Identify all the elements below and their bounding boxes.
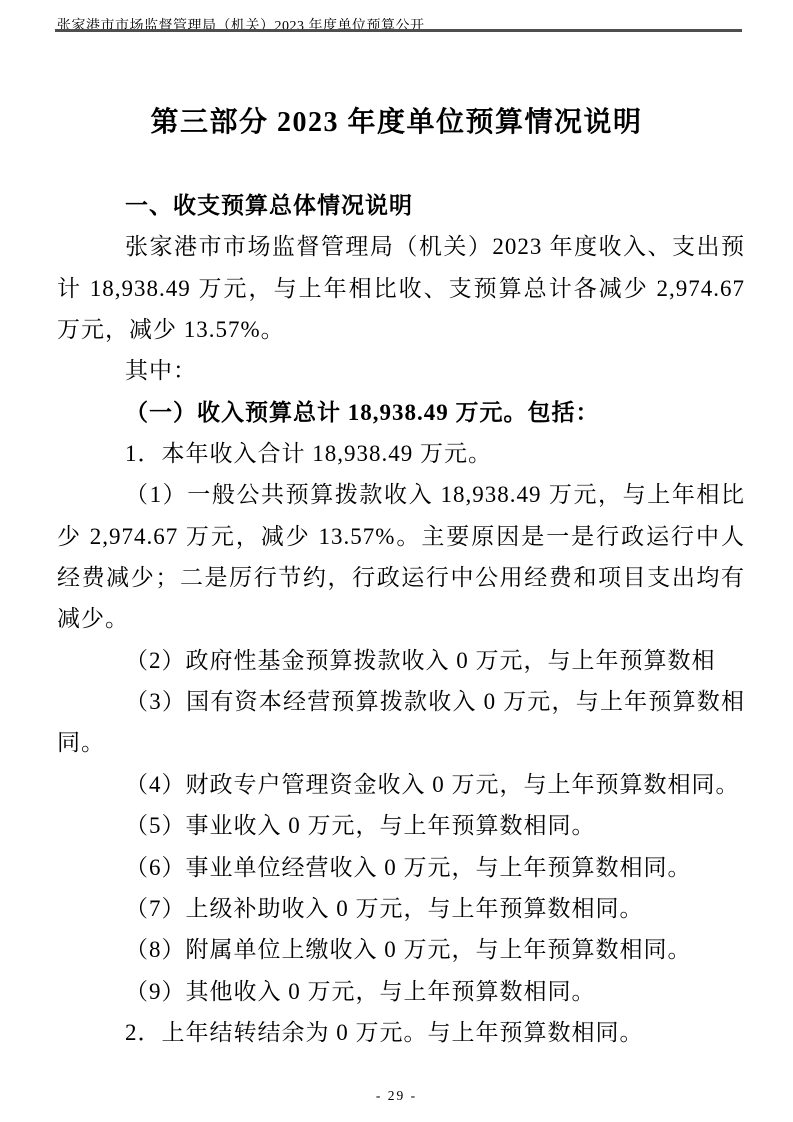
paragraph-line: （一）收入预算总计 18,938.49 万元。包括： [57, 392, 745, 433]
paragraph-line: 张家港市市场监督管理局（机关）2023 年度收入、支出预算总 [57, 226, 745, 267]
paragraph-line: 减少。 [57, 598, 745, 639]
paragraph-line: （2）政府性基金预算拨款收入 0 万元，与上年预算数相同。 [57, 640, 745, 681]
document-body: 一、收支预算总体情况说明张家港市市场监督管理局（机关）2023 年度收入、支出预… [57, 185, 745, 1053]
paragraph-line: （6）事业单位经营收入 0 万元，与上年预算数相同。 [57, 847, 745, 888]
paragraph-line: 计 18,938.49 万元，与上年相比收、支预算总计各减少 2,974.67 [57, 268, 745, 309]
paragraph-line: 万元，减少 13.57%。 [57, 309, 745, 350]
paragraph-line: （4）财政专户管理资金收入 0 万元，与上年预算数相同。 [57, 764, 745, 805]
paragraph-line: 一、收支预算总体情况说明 [57, 185, 745, 226]
paragraph-line: （5）事业收入 0 万元，与上年预算数相同。 [57, 805, 745, 846]
paragraph-line: 2．上年结转结余为 0 万元。与上年预算数相同。 [57, 1012, 745, 1053]
paragraph-line: 其中： [57, 350, 745, 391]
footer-page-number: - 29 - [0, 1088, 793, 1104]
paragraph-line: 同。 [57, 722, 745, 763]
document-page: 张家港市市场监督管理局（机关）2023 年度单位预算公开 第三部分 2023 年… [0, 0, 793, 1122]
paragraph-line: （7）上级补助收入 0 万元，与上年预算数相同。 [57, 888, 745, 929]
paragraph-line: （1）一般公共预算拨款收入 18,938.49 万元，与上年相比减 [57, 474, 745, 515]
header-rule [55, 29, 742, 32]
paragraph-line: 经费减少；二是厉行节约，行政运行中公用经费和项目支出均有所 [57, 557, 745, 598]
paragraph-line: （3）国有资本经营预算拨款收入 0 万元，与上年预算数相 [57, 681, 745, 722]
paragraph-line: （8）附属单位上缴收入 0 万元，与上年预算数相同。 [57, 929, 745, 970]
document-title: 第三部分 2023 年度单位预算情况说明 [0, 103, 793, 143]
paragraph-line: 少 2,974.67 万元，减少 13.57%。主要原因是一是行政运行中人员 [57, 516, 745, 557]
paragraph-line: 1．本年收入合计 18,938.49 万元。 [57, 433, 745, 474]
page-header-text: 张家港市市场监督管理局（机关）2023 年度单位预算公开 [57, 15, 425, 35]
paragraph-line: （9）其他收入 0 万元，与上年预算数相同。 [57, 971, 745, 1012]
